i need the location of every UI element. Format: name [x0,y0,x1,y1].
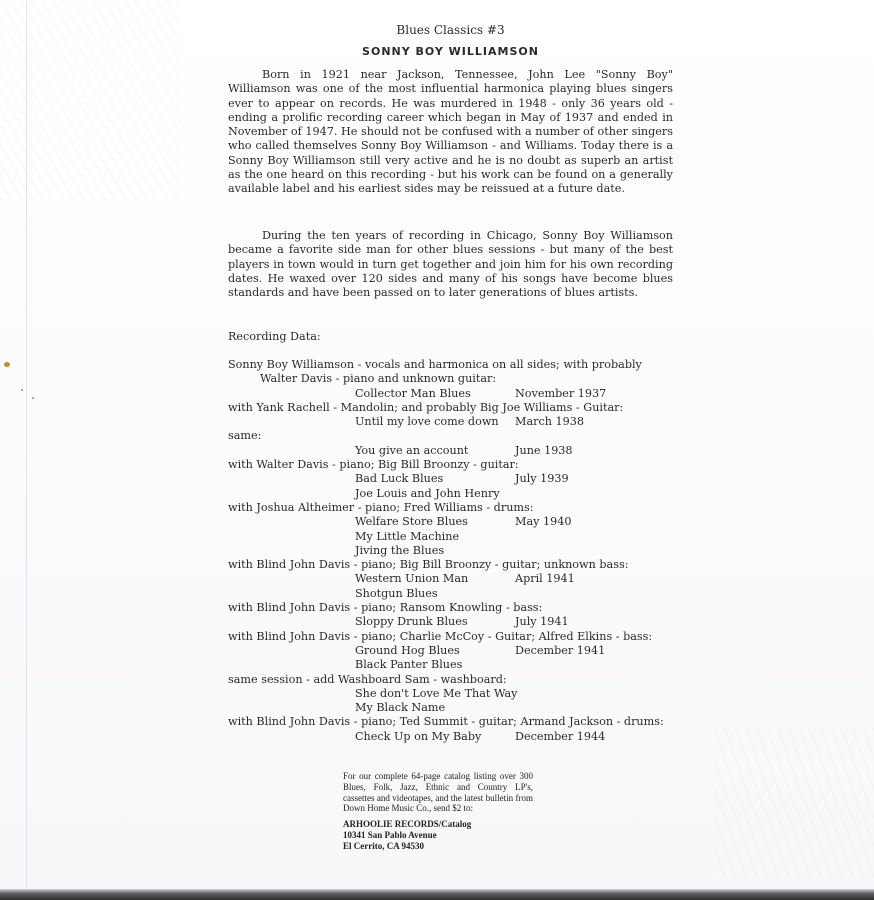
address-line: El Cerrito, CA 94530 [343,841,533,852]
session-line: with Blind John Davis - piano; Ted Summi… [228,715,688,729]
session-line: Walter Davis - piano and unknown guitar: [228,372,688,386]
track-row: Western Union ManApril 1941 [228,572,688,586]
track-row: Sloppy Drunk BluesJuly 1941 [228,615,688,629]
track-row: Shotgun Blues [228,587,688,601]
track-row: Welfare Store BluesMay 1940 [228,515,688,529]
track-row: She don't Love Me That Way [228,687,688,701]
stain-spot [32,397,34,399]
notes-paragraph: During the ten years of recording in Chi… [228,229,673,300]
track-title: Ground Hog Blues [355,644,460,658]
catalog-offer: For our complete 64-page catalog listing… [343,771,533,852]
track-title: Joe Louis and John Henry [355,487,500,501]
stain-spot [21,389,23,391]
track-title: My Little Machine [355,530,459,544]
artist-title: SONNY BOY WILLIAMSON [228,45,673,59]
recording-data-heading: Recording Data: [228,330,321,344]
track-date: December 1944 [515,730,605,744]
session-line: Sonny Boy Williamson - vocals and harmon… [228,358,688,372]
track-title: Jiving the Blues [355,544,444,558]
track-title: My Black Name [355,701,445,715]
track-title: You give an account [355,444,468,458]
track-title: Shotgun Blues [355,587,438,601]
track-row: Ground Hog BluesDecember 1941 [228,644,688,658]
session-line: with Walter Davis - piano; Big Bill Broo… [228,458,688,472]
address-line: ARHOOLIE RECORDS/Catalog [343,819,533,830]
shrink-wrap-glare [0,0,180,200]
track-date: May 1940 [515,515,571,529]
track-row: Jiving the Blues [228,544,688,558]
track-row: My Black Name [228,701,688,715]
track-date: December 1941 [515,644,605,658]
address-line: 10341 San Pablo Avenue [343,830,533,841]
track-title: Welfare Store Blues [355,515,468,529]
session-line: with Joshua Altheimer - piano; Fred Will… [228,501,688,515]
track-title: Sloppy Drunk Blues [355,615,468,629]
session-line: same session - add Washboard Sam - washb… [228,673,688,687]
track-title: Black Panter Blues [355,658,462,672]
track-title: Bad Luck Blues [355,472,443,486]
track-date: April 1941 [515,572,575,586]
track-title: Collector Man Blues [355,387,471,401]
catalog-address: ARHOOLIE RECORDS/Catalog 10341 San Pablo… [343,819,533,851]
track-date: July 1939 [515,472,569,486]
session-line: with Blind John Davis - piano; Charlie M… [228,630,688,644]
session-line: with Yank Rachell - Mandolin; and probab… [228,401,688,415]
session-line: with Blind John Davis - piano; Big Bill … [228,558,688,572]
shrink-wrap-glare [714,728,874,878]
notes-paragraph: Born in 1921 near Jackson, Tennessee, Jo… [228,68,673,197]
track-title: Western Union Man [355,572,468,586]
track-title: Check Up on My Baby [355,730,481,744]
track-date: March 1938 [515,415,584,429]
track-row: Bad Luck BluesJuly 1939 [228,472,688,486]
track-row: Collector Man BluesNovember 1937 [228,387,688,401]
sleeve-seam [26,0,27,890]
track-date: June 1938 [515,444,573,458]
session-line: same: [228,429,688,443]
track-row: My Little Machine [228,530,688,544]
sleeve-bottom-edge [0,889,874,900]
track-row: Joe Louis and John Henry [228,487,688,501]
track-date: November 1937 [515,387,606,401]
album-back-cover: Blues Classics #3 SONNY BOY WILLIAMSON B… [0,0,874,890]
track-date: July 1941 [515,615,569,629]
stain-spot [4,362,10,367]
series-title: Blues Classics #3 [228,23,673,37]
catalog-text: For our complete 64-page catalog listing… [343,771,533,814]
track-row: You give an accountJune 1938 [228,444,688,458]
track-row: Black Panter Blues [228,658,688,672]
track-row: Check Up on My BabyDecember 1944 [228,730,688,744]
recording-data-list: Sonny Boy Williamson - vocals and harmon… [228,358,688,744]
session-line: with Blind John Davis - piano; Ransom Kn… [228,601,688,615]
track-row: Until my love come downMarch 1938 [228,415,688,429]
track-title: She don't Love Me That Way [355,687,517,701]
track-title: Until my love come down [355,415,499,429]
